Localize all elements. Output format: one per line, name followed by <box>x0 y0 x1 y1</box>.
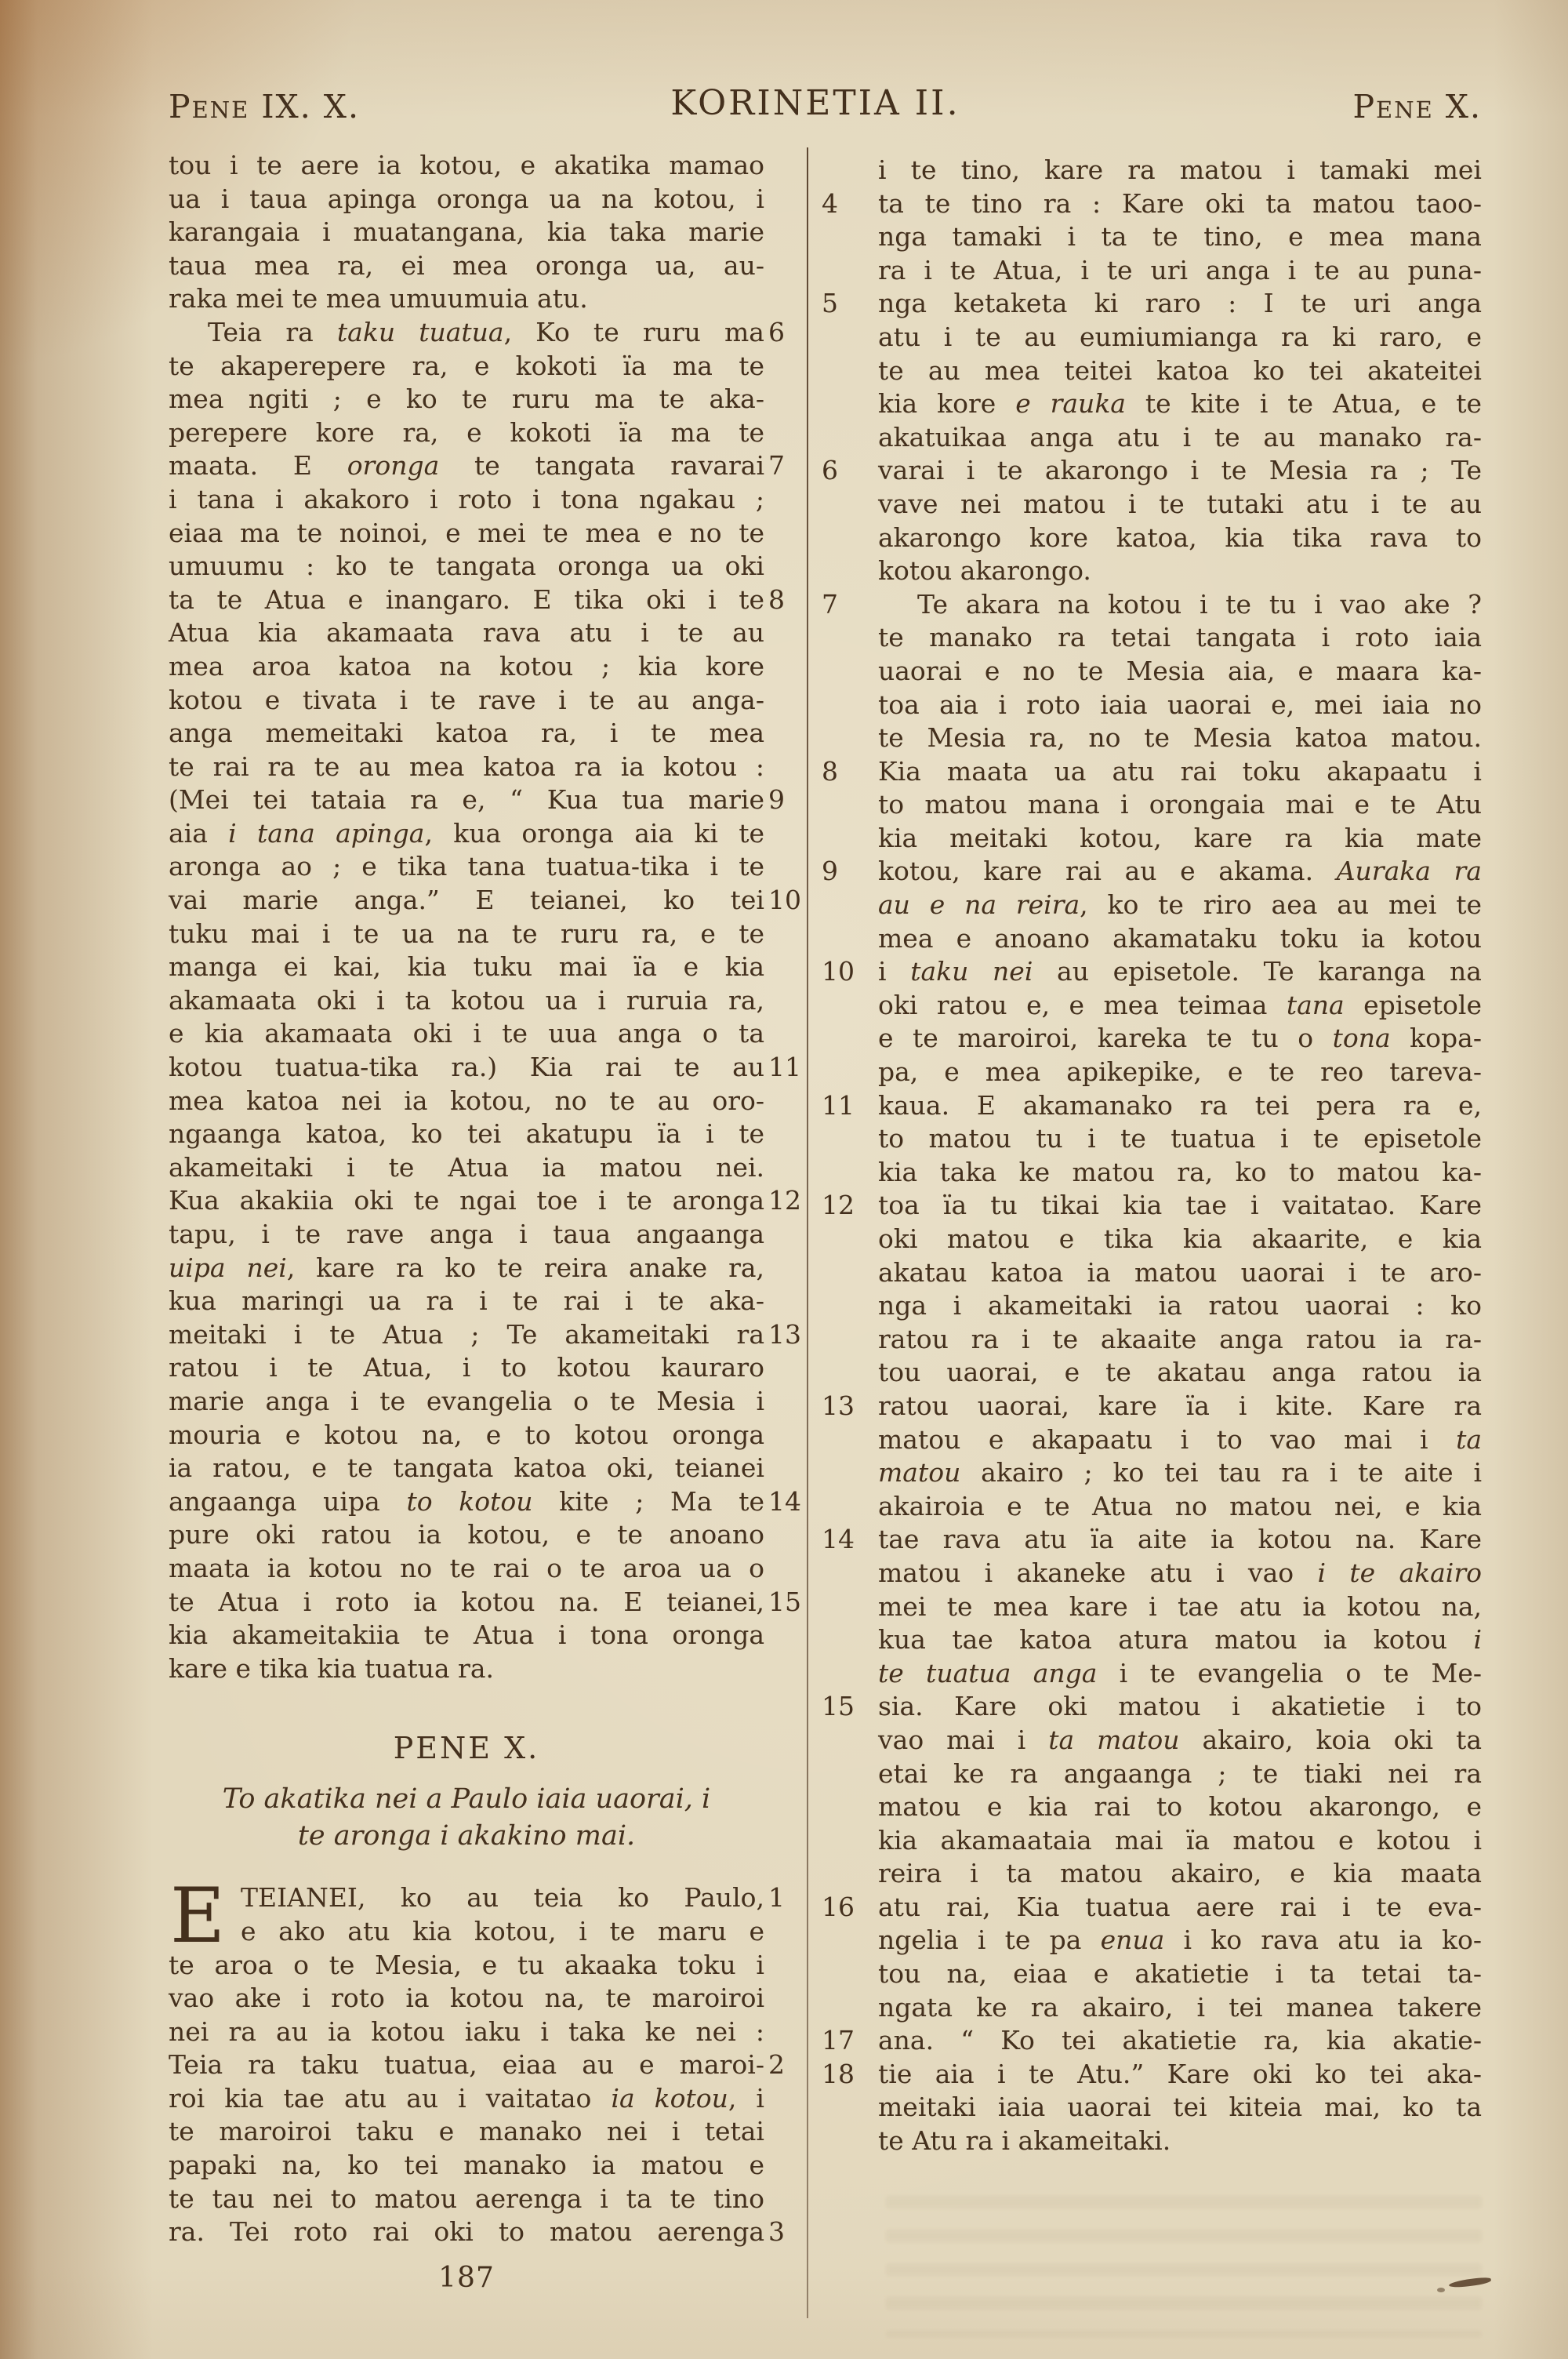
verse-text: Teia ra taku tuatua, Ko te ruru ma <box>208 317 764 347</box>
verse-text: atu i te au eumiumianga ra ki raro, e <box>878 322 1482 352</box>
verse-text: perepere kore ra, e kokoti ïa ma te <box>169 417 764 448</box>
verse-number: 10 <box>822 955 869 989</box>
text-line: Kua akakiia oki te ngai toe i te aronga1… <box>169 1184 764 1218</box>
verse-text: manga ei kai, kia tuku mai ïa e kia <box>169 951 764 982</box>
text-line: roi kia tae atu au i vaitatao ia kotou, … <box>169 2082 764 2116</box>
verse-text: matou akairo ; ko tei tau ra i te aite i <box>878 1457 1482 1488</box>
verse-text: kua tae katoa atura matou ia kotou i <box>878 1624 1482 1655</box>
verse-text: te tuatua anga i te evangelia o te Me- <box>878 1658 1482 1688</box>
verse-text: ta te tino ra : Kare oki ta matou taoo- <box>878 188 1482 219</box>
verse-text: ra i te Atua, i te uri anga i te au puna… <box>878 255 1482 285</box>
verse-text: uaorai e no te Mesia aia, e maara ka- <box>878 656 1482 686</box>
text-line: marie anga i te evangelia o te Mesia i <box>169 1385 764 1419</box>
text-line: uipa nei, kare ra ko te reira anake ra, <box>169 1252 764 1285</box>
verse-text: etai ke ra angaanga ; te tiaki nei ra <box>878 1758 1482 1789</box>
verse-number: 1 <box>768 1881 808 1915</box>
verse-text: eiaa ma te noinoi, e mei te mea e no te <box>169 518 764 548</box>
text-line: ta te Atua e inangaro. E tika oki i te8 <box>169 583 764 617</box>
verse-text: tae rava atu ïa aite ia kotou na. Kare <box>878 1524 1482 1554</box>
right-column-body: i te tino, kare ra matou i tamaki meita … <box>878 154 1482 2158</box>
verse-number: 3 <box>768 2215 808 2249</box>
text-line: ratou ra i te akaaite anga ratou ia ra- <box>878 1323 1482 1357</box>
verse-text: kotou, kare rai au e akama. Auraka ra <box>878 856 1482 886</box>
text-line: nga ketaketa ki raro : I te uri anga5 <box>878 287 1482 321</box>
verse-text: te rai ra te au mea katoa ra ia kotou : <box>169 751 764 782</box>
text-line: atu i te au eumiumianga ra ki raro, e <box>878 321 1482 354</box>
text-line: tou na, eiaa e akatietie i ta tetai ta- <box>878 1957 1482 1991</box>
verse-text: taua mea ra, ei mea oronga ua, au- <box>169 250 764 281</box>
verse-number: 8 <box>822 755 869 789</box>
chapter-lines: TEIANEI, ko au teia ko Paulo,1e ako atu … <box>169 1881 764 2249</box>
verse-text: akameitaki i te Atua ia matou nei. <box>169 1152 764 1183</box>
verse-text: anga memeitaki katoa ra, i te mea <box>169 718 764 748</box>
text-line: eiaa ma te noinoi, e mei te mea e no te <box>169 517 764 551</box>
text-line: nga i akameitaki ia ratou uaorai : ko <box>878 1289 1482 1323</box>
text-line: akairoia e te Atua no matou nei, e kia <box>878 1490 1482 1524</box>
verse-number: 12 <box>768 1184 808 1218</box>
verse-text: e kia akamaata oki i te uua anga o ta <box>169 1018 764 1049</box>
text-line: matou akairo ; ko tei tau ra i te aite i <box>878 1456 1482 1490</box>
text-line: kia akamaataia mai ïa matou e kotou i <box>878 1824 1482 1858</box>
verse-text: Teia ra taku tuatua, eiaa au e maroi- <box>169 2049 764 2080</box>
verse-text: pure oki ratou ia kotou, e te anoano <box>169 1519 764 1550</box>
scanned-book-page: Pene IX. X. KORINETIA II. Pene X. tou i … <box>0 0 1568 2359</box>
verse-text: vao mai i ta matou akairo, koia oki ta <box>878 1725 1482 1755</box>
verse-text: nei ra au ia kotou iaku i taka ke nei : <box>169 2016 764 2047</box>
text-line: kia meitaki kotou, kare ra kia mate <box>878 822 1482 856</box>
verse-text: te aroa o te Mesia, e tu akaaka toku i <box>169 1950 764 1980</box>
verse-text: (Mei tei tataia ra e, “ Kua tua marie <box>169 784 764 815</box>
text-line: te rai ra te au mea katoa ra ia kotou : <box>169 751 764 784</box>
text-line: vave nei matou i te tutaki atu i te au <box>878 488 1482 522</box>
verse-text: i tana i akakoro i roto i tona ngakau ; <box>169 484 764 514</box>
text-line: akameitaki i te Atua ia matou nei. <box>169 1151 764 1185</box>
verse-number: 17 <box>822 2024 869 2058</box>
text-line: mea ngiti ; e ko te ruru ma te aka- <box>169 383 764 416</box>
text-line: pa, e mea apikepike, e te reo tareva- <box>878 1056 1482 1089</box>
text-line: aronga ao ; e tika tana tuatua-tika i te <box>169 850 764 884</box>
text-line: oki matou e tika kia akaarite, e kia <box>878 1223 1482 1256</box>
text-line: kia kore e rauka te kite i te Atua, e te <box>878 387 1482 421</box>
verse-text: kotou akarongo. <box>878 555 1091 586</box>
text-line: tou i te aere ia kotou, e akatika mamao <box>169 149 764 183</box>
verse-number: 11 <box>768 1051 808 1085</box>
text-line: uaorai e no te Mesia aia, e maara ka- <box>878 655 1482 689</box>
verse-text: kotou tuatua-tika ra.) Kia rai te au <box>169 1052 764 1082</box>
verse-text: Te akara na kotou i te tu i vao ake ? <box>917 589 1482 620</box>
text-line: kaua. E akamanako ra tei pera ra e,11 <box>878 1089 1482 1123</box>
text-line: ana. “ Ko tei akatietie ra, kia akatie-1… <box>878 2024 1482 2058</box>
verse-number: 6 <box>822 454 869 488</box>
verse-number: 18 <box>822 2058 869 2092</box>
page-number: 187 <box>169 2262 764 2295</box>
text-line: kotou tuatua-tika ra.) Kia rai te au11 <box>169 1051 764 1085</box>
text-line: tou uaorai, e te akatau anga ratou ia <box>878 1356 1482 1390</box>
verse-number: 13 <box>822 1390 869 1423</box>
verse-text: ratou ra i te akaaite anga ratou ia ra- <box>878 1324 1482 1354</box>
text-line: maata ia kotou no te rai o te aroa ua o <box>169 1552 764 1586</box>
text-line: i tana i akakoro i roto i tona ngakau ; <box>169 483 764 517</box>
running-head-left: Pene IX. X. <box>169 88 360 125</box>
verse-text: mea ngiti ; e ko te ruru ma te aka- <box>169 383 764 414</box>
text-line: (Mei tei tataia ra e, “ Kua tua marie9 <box>169 783 764 817</box>
verse-number: 15 <box>768 1586 808 1619</box>
text-line: manga ei kai, kia tuku mai ïa e kia <box>169 951 764 984</box>
text-line: kua maringi ua ra i te rai i te aka- <box>169 1285 764 1318</box>
text-line: mea katoa nei ia kotou, no te au oro- <box>169 1085 764 1118</box>
verse-text: karangaia i muatangana, kia taka marie <box>169 216 764 247</box>
verse-text: TEIANEI, ko au teia ko Paulo, <box>241 1882 764 1913</box>
text-line: te Atua i roto ia kotou na. E teianei,15 <box>169 1586 764 1619</box>
text-line: TEIANEI, ko au teia ko Paulo,1 <box>169 1881 764 1915</box>
verse-number: 11 <box>822 1089 869 1123</box>
text-line: nei ra au ia kotou iaku i taka ke nei : <box>169 2016 764 2049</box>
verse-text: kia akameitakiia te Atua i tona oronga <box>169 1619 764 1650</box>
verse-text: vave nei matou i te tutaki atu i te au <box>878 489 1482 519</box>
chapter-text: E TEIANEI, ko au teia ko Paulo,1e ako at… <box>169 1881 764 2249</box>
text-line: te tuatua anga i te evangelia o te Me- <box>878 1657 1482 1691</box>
text-line: toa ïa tu tikai kia tae i vaitatao. Kare… <box>878 1189 1482 1223</box>
verse-text: reira i ta matou akairo, e kia maata <box>878 1858 1482 1888</box>
verse-number: 7 <box>822 588 869 622</box>
verse-text: akamaata oki i ta kotou ua i ruruia ra, <box>169 985 764 1016</box>
text-line: Te akara na kotou i te tu i vao ake ?7 <box>878 588 1482 622</box>
verse-text: akatau katoa ia matou uaorai i te aro- <box>878 1257 1482 1288</box>
text-line: etai ke ra angaanga ; te tiaki nei ra <box>878 1757 1482 1791</box>
verse-number: 8 <box>768 583 808 617</box>
text-line: e kia akamaata oki i te uua anga o ta <box>169 1017 764 1051</box>
chapter-summary: To akatika nei a Paulo iaia uaorai, i te… <box>169 1781 764 1855</box>
text-line: ngaanga katoa, ko tei akatupu ïa i te <box>169 1118 764 1151</box>
text-line: tae rava atu ïa aite ia kotou na. Kare14 <box>878 1523 1482 1557</box>
text-line: akatau katoa ia matou uaorai i te aro- <box>878 1256 1482 1290</box>
text-line: kare e tika kia tuatua ra. <box>169 1652 764 1686</box>
verse-text: e ako atu kia kotou, i te maru e <box>241 1916 764 1946</box>
verse-text: kia kore e rauka te kite i te Atua, e te <box>878 388 1482 419</box>
verse-text: vai marie anga.” E teianei, ko tei <box>169 885 764 915</box>
verse-text: mea katoa nei ia kotou, no te au oro- <box>169 1085 764 1116</box>
text-line: anga memeitaki katoa ra, i te mea <box>169 717 764 751</box>
text-line: te akaperepere ra, e kokoti ïa ma te <box>169 350 764 383</box>
book-title: KORINETIA II. <box>580 83 1051 123</box>
text-line: matou i akaneke atu i vao i te akairo <box>878 1557 1482 1590</box>
verse-text: varai i te akarongo i te Mesia ra ; Te <box>878 455 1482 485</box>
text-line: kia taka ke matou ra, ko to matou ka- <box>878 1156 1482 1190</box>
verse-number: 13 <box>768 1318 808 1352</box>
verse-text: Kia maata ua atu rai toku akapaatu i <box>878 756 1482 787</box>
text-line: i taku nei au episetole. Te karanga na10 <box>878 955 1482 989</box>
verse-text: ratou uaorai, kare ïa i kite. Kare ra <box>878 1390 1482 1421</box>
verse-text: to matou mana i orongaia mai e te Atu <box>878 789 1482 820</box>
text-line: akamaata oki i ta kotou ua i ruruia ra, <box>169 984 764 1018</box>
verse-text: te Atua i roto ia kotou na. E teianei, <box>169 1587 764 1617</box>
text-line: ra. Tei roto rai oki to matou aerenga3 <box>169 2215 764 2249</box>
verse-text: e te maroiroi, kareka te tu o tona kopa- <box>878 1023 1482 1053</box>
verse-text: meitaki i te Atua ; Te akameitaki ra <box>169 1319 764 1350</box>
verse-text: tapu, i te rave anga i taua angaanga <box>169 1219 764 1249</box>
text-line: te maroiroi taku e manako nei i tetai <box>169 2115 764 2149</box>
text-line: te tau nei to matou aerenga i ta te tino <box>169 2183 764 2216</box>
text-line: kia akameitakiia te Atua i tona oronga <box>169 1619 764 1652</box>
text-line: kotou, kare rai au e akama. Auraka ra9 <box>878 855 1482 889</box>
verse-text: kia akamaataia mai ïa matou e kotou i <box>878 1825 1482 1856</box>
text-line: vao ake i roto ia kotou na, te maroiroi <box>169 1982 764 2016</box>
verse-text: aia i tana apinga, kua oronga aia ki te <box>169 818 764 849</box>
text-line: aia i tana apinga, kua oronga aia ki te <box>169 817 764 851</box>
left-column: tou i te aere ia kotou, e akatika mamaou… <box>169 149 764 2295</box>
text-line: te aroa o te Mesia, e tu akaaka toku i <box>169 1949 764 1983</box>
text-line: ratou uaorai, kare ïa i kite. Kare ra13 <box>878 1390 1482 1423</box>
text-line: atu rai, Kia tuatua aere rai i te eva-16 <box>878 1891 1482 1925</box>
right-column: i te tino, kare ra matou i tamaki meita … <box>878 154 1482 2158</box>
verse-text: roi kia tae atu au i vaitatao ia kotou, … <box>169 2083 764 2114</box>
verse-number: 4 <box>822 187 869 221</box>
text-line: vai marie anga.” E teianei, ko tei10 <box>169 884 764 918</box>
text-line: e te maroiroi, kareka te tu o tona kopa- <box>878 1022 1482 1056</box>
verse-text: mea aroa katoa na kotou ; kia kore <box>169 651 764 682</box>
verse-number: 16 <box>822 1891 869 1925</box>
text-line: te au mea teitei katoa ko tei akateitei <box>878 354 1482 388</box>
verse-text: te akaperepere ra, e kokoti ïa ma te <box>169 351 764 381</box>
verse-text: te manako ra tetai tangata i roto iaia <box>878 622 1482 652</box>
text-line: Teia ra taku tuatua, Ko te ruru ma6 <box>169 316 764 350</box>
text-line: oki ratou e, e mea teimaa tana episetole <box>878 989 1482 1023</box>
text-line: raka mei te mea umuumuia atu. <box>169 282 764 316</box>
verse-text: marie anga i te evangelia o te Mesia i <box>169 1386 764 1416</box>
text-line: maata. E oronga te tangata ravarai7 <box>169 449 764 483</box>
verse-text: nga tamaki i ta te tino, e mea mana <box>878 221 1482 252</box>
verse-text: tuku mai i te ua na te ruru ra, e te <box>169 918 764 949</box>
verse-text: atu rai, Kia tuatua aere rai i te eva- <box>878 1892 1482 1922</box>
verse-text: tou i te aere ia kotou, e akatika mamao <box>169 150 764 180</box>
text-line: tapu, i te rave anga i taua angaanga <box>169 1218 764 1252</box>
verse-text: kia taka ke matou ra, ko to matou ka- <box>878 1157 1482 1187</box>
verse-text: to matou tu i te tuatua i te episetole <box>878 1123 1482 1154</box>
verse-text: raka mei te mea umuumuia atu. <box>169 283 588 314</box>
verse-text: oki ratou e, e mea teimaa tana episetole <box>878 990 1482 1020</box>
verse-text: ana. “ Ko tei akatietie ra, kia akatie- <box>878 2025 1482 2055</box>
verse-text: au e na reira, ko te riro aea au mei te <box>878 889 1482 920</box>
verse-text: maata ia kotou no te rai o te aroa ua o <box>169 1553 764 1583</box>
text-line: Atua kia akamaata rava atu i te au <box>169 616 764 650</box>
verse-text: mea e anoano akamataku toku ia kotou <box>878 923 1482 954</box>
text-line: sia. Kare oki matou i akatietie i to15 <box>878 1690 1482 1724</box>
verse-text: papaki na, ko tei manako ia matou e <box>169 2150 764 2180</box>
text-line: mei te mea kare i tae atu ia kotou na, <box>878 1590 1482 1624</box>
verse-text: i te tino, kare ra matou i tamaki mei <box>878 154 1482 185</box>
text-line: Teia ra taku tuatua, eiaa au e maroi-2 <box>169 2048 764 2082</box>
text-line: ngelia i te pa enua i ko rava atu ia ko- <box>878 1924 1482 1957</box>
ink-showthrough <box>886 2196 1482 2337</box>
text-line: to matou tu i te tuatua i te episetole <box>878 1122 1482 1156</box>
text-line: ua i taua apinga oronga ua na kotou, i <box>169 183 764 216</box>
verse-text: akatuikaa anga atu i te au manako ra- <box>878 422 1482 453</box>
text-line: pure oki ratou ia kotou, e te anoano <box>169 1518 764 1552</box>
running-head-right: Pene X. <box>1286 88 1482 125</box>
verse-text: kaua. E akamanako ra tei pera ra e, <box>878 1090 1482 1121</box>
verse-text: ta te Atua e inangaro. E tika oki i te <box>169 584 764 615</box>
verse-number: 14 <box>768 1485 808 1519</box>
verse-text: ngaanga katoa, ko tei akatupu ïa i te <box>169 1118 764 1149</box>
verse-number: 6 <box>768 316 808 350</box>
text-line: taua mea ra, ei mea oronga ua, au- <box>169 249 764 283</box>
verse-number: 7 <box>768 449 808 483</box>
text-line: te manako ra tetai tangata i roto iaia <box>878 621 1482 655</box>
text-line: te Mesia ra, no te Mesia katoa matou. <box>878 722 1482 755</box>
verse-text: toa aia i roto iaia uaorai e, mei iaia n… <box>878 689 1482 720</box>
text-line: perepere kore ra, e kokoti ïa ma te <box>169 416 764 450</box>
text-line: tie aia i te Atu.” Kare oki ko tei aka-1… <box>878 2058 1482 2092</box>
verse-text: uipa nei, kare ra ko te reira anake ra, <box>169 1252 764 1283</box>
text-line: meitaki i te Atua ; Te akameitaki ra13 <box>169 1318 764 1352</box>
verse-text: te tau nei to matou aerenga i ta te tino <box>169 2183 764 2214</box>
text-line: i te tino, kare ra matou i tamaki mei <box>878 154 1482 187</box>
text-line: mea e anoano akamataku toku ia kotou <box>878 922 1482 956</box>
verse-text: toa ïa tu tikai kia tae i vaitatao. Kare <box>878 1190 1482 1220</box>
verse-text: te maroiroi taku e manako nei i tetai <box>169 2116 764 2146</box>
verse-text: matou i akaneke atu i vao i te akairo <box>878 1558 1482 1588</box>
text-line: reira i ta matou akairo, e kia maata <box>878 1857 1482 1891</box>
verse-text: matou e akapaatu i to vao mai i ta <box>878 1424 1482 1455</box>
verse-text: tou uaorai, e te akatau anga ratou ia <box>878 1357 1482 1387</box>
text-line: karangaia i muatangana, kia taka marie <box>169 216 764 249</box>
verse-number: 15 <box>822 1690 869 1724</box>
text-line: angaanga uipa to kotou kite ; Ma te14 <box>169 1485 764 1519</box>
text-line: kua tae katoa atura matou ia kotou i <box>878 1623 1482 1657</box>
verse-text: ra. Tei roto rai oki to matou aerenga <box>169 2216 764 2247</box>
text-line: matou e kia rai to kotou akarongo, e <box>878 1790 1482 1824</box>
verse-text: ua i taua apinga oronga ua na kotou, i <box>169 184 764 214</box>
verse-text: te au mea teitei katoa ko tei akateitei <box>878 355 1482 386</box>
chapter-summary-line: To akatika nei a Paulo iaia uaorai, i <box>169 1781 764 1818</box>
chapter-summary-line: te aronga i akakino mai. <box>169 1818 764 1855</box>
verse-text: angaanga uipa to kotou kite ; Ma te <box>169 1486 764 1517</box>
text-line: toa aia i roto iaia uaorai e, mei iaia n… <box>878 689 1482 722</box>
verse-text: tie aia i te Atu.” Kare oki ko tei aka- <box>878 2059 1482 2089</box>
text-line: mea aroa katoa na kotou ; kia kore <box>169 650 764 684</box>
verse-text: umuumu : ko te tangata oronga ua oki <box>169 551 764 581</box>
verse-text: akairoia e te Atua no matou nei, e kia <box>878 1491 1482 1521</box>
verse-number: 9 <box>768 783 808 817</box>
verse-text: oki matou e tika kia akaarite, e kia <box>878 1223 1482 1254</box>
text-line: mouria e kotou na, e to kotou oronga <box>169 1419 764 1452</box>
text-line: matou e akapaatu i to vao mai i ta <box>878 1423 1482 1457</box>
text-line: te Atu ra i akameitaki. <box>878 2125 1482 2158</box>
verse-text: nga i akameitaki ia ratou uaorai : ko <box>878 1290 1482 1321</box>
verse-text: matou e kia rai to kotou akarongo, e <box>878 1791 1482 1822</box>
left-column-body: tou i te aere ia kotou, e akatika mamaou… <box>169 149 764 1685</box>
verse-text: ngata ke ra akairo, i tei manea takere <box>878 1992 1482 2023</box>
verse-text: nga ketaketa ki raro : I te uri anga <box>878 288 1482 318</box>
text-line: ia ratou, e te tangata katoa oki, teiane… <box>169 1452 764 1485</box>
verse-text: pa, e mea apikepike, e te reo tareva- <box>878 1056 1482 1087</box>
text-line: papaki na, ko tei manako ia matou e <box>169 2149 764 2183</box>
text-line: au e na reira, ko te riro aea au mei te <box>878 889 1482 922</box>
text-line: kotou e tivata i te rave i te au anga- <box>169 684 764 718</box>
verse-text: sia. Kare oki matou i akatietie i to <box>878 1691 1482 1721</box>
verse-text: ngelia i te pa enua i ko rava atu ia ko- <box>878 1925 1482 1955</box>
verse-text: kotou e tivata i te rave i te au anga- <box>169 685 764 715</box>
text-line: ratou i te Atua, i to kotou kauraro <box>169 1351 764 1385</box>
verse-text: maata. E oronga te tangata ravarai <box>169 450 764 481</box>
verse-text: vao ake i roto ia kotou na, te maroiroi <box>169 1983 764 2013</box>
text-line: e ako atu kia kotou, i te maru e <box>169 1915 764 1949</box>
text-line: Kia maata ua atu rai toku akapaatu i8 <box>878 755 1482 789</box>
verse-text: kare e tika kia tuatua ra. <box>169 1653 494 1684</box>
verse-text: aronga ao ; e tika tana tuatua-tika i te <box>169 851 764 881</box>
chapter-heading: PENE X. <box>169 1728 764 1768</box>
verse-number: 14 <box>822 1523 869 1557</box>
text-line: tuku mai i te ua na te ruru ra, e te <box>169 918 764 951</box>
verse-text: tou na, eiaa e akatietie i ta tetai ta- <box>878 1958 1482 1989</box>
verse-text: Atua kia akamaata rava atu i te au <box>169 617 764 648</box>
verse-number: 2 <box>768 2048 808 2082</box>
text-line: to matou mana i orongaia mai e te Atu <box>878 788 1482 822</box>
verse-text: kua maringi ua ra i te rai i te aka- <box>169 1285 764 1316</box>
verse-number: 10 <box>768 884 808 918</box>
text-line: ngata ke ra akairo, i tei manea takere <box>878 1991 1482 2025</box>
text-line: varai i te akarongo i te Mesia ra ; Te6 <box>878 454 1482 488</box>
verse-text: mei te mea kare i tae atu ia kotou na, <box>878 1591 1482 1622</box>
text-line: umuumu : ko te tangata oronga ua oki <box>169 550 764 583</box>
verse-text: te Mesia ra, no te Mesia katoa matou. <box>878 722 1482 753</box>
text-line: ra i te Atua, i te uri anga i te au puna… <box>878 254 1482 288</box>
verse-text: Kua akakiia oki te ngai toe i te aronga <box>169 1185 764 1216</box>
verse-text: akarongo kore katoa, kia tika rava to <box>878 522 1482 553</box>
text-line: kotou akarongo. <box>878 554 1482 588</box>
text-line: akarongo kore katoa, kia tika rava to <box>878 522 1482 555</box>
text-line: vao mai i ta matou akairo, koia oki ta <box>878 1724 1482 1757</box>
verse-text: kia meitaki kotou, kare ra kia mate <box>878 823 1482 853</box>
text-line: meitaki iaia uaorai tei kiteia mai, ko t… <box>878 2091 1482 2125</box>
verse-number: 5 <box>822 287 869 321</box>
verse-text: mouria e kotou na, e to kotou oronga <box>169 1419 764 1450</box>
verse-text: ia ratou, e te tangata katoa oki, teiane… <box>169 1452 764 1483</box>
text-line: akatuikaa anga atu i te au manako ra- <box>878 421 1482 455</box>
verse-text: i taku nei au episetole. Te karanga na <box>878 956 1482 987</box>
text-line: ta te tino ra : Kare oki ta matou taoo-4 <box>878 187 1482 221</box>
verse-text: meitaki iaia uaorai tei kiteia mai, ko t… <box>878 2092 1482 2122</box>
verse-text: te Atu ra i akameitaki. <box>878 2125 1171 2156</box>
ink-smudge-dot <box>1437 2288 1445 2292</box>
text-line: nga tamaki i ta te tino, e mea mana <box>878 220 1482 254</box>
verse-text: ratou i te Atua, i to kotou kauraro <box>169 1352 764 1383</box>
verse-number: 12 <box>822 1189 869 1223</box>
verse-number: 9 <box>822 855 869 889</box>
